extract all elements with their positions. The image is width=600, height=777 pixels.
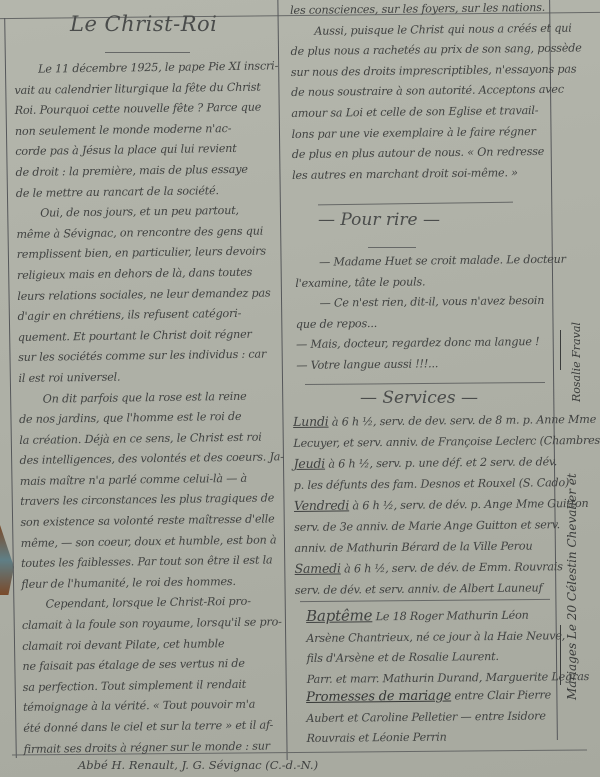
text-line: firmait ses droits à régner sur le monde… [23, 736, 291, 760]
margin-bracket-lower [560, 625, 561, 685]
joke-line: — Mais, docteur, regardez donc ma langue… [296, 332, 556, 356]
joke-line: — Ce n'est rien, dit-il, vous n'avez bes… [296, 291, 556, 315]
text-line: des intelligences, des volontés et des c… [19, 448, 287, 472]
service-day: Vendredi [294, 498, 349, 514]
margin-note-lower: Mariages Le 20 Célestin Chevalier et [565, 473, 579, 700]
service-continuation: p. les défunts des fam. Desnos et Rouxel… [294, 473, 556, 496]
title-underline [105, 52, 190, 53]
text-line: amour sa Loi et celle de son Eglise et t… [291, 101, 556, 125]
bapteme-first-line: Baptême Le 18 Roger Mathurin Léon [306, 603, 556, 628]
promesses-line: Rouvrais et Léonie Perrin [306, 727, 556, 750]
text-line: de plus en plus autour de nous. « On red… [292, 142, 557, 166]
promesses-line: Aubert et Caroline Pelletier — entre Isi… [306, 706, 556, 729]
text-line: leurs relations sociales, ne leur demand… [17, 283, 285, 307]
margin-bracket-upper [560, 330, 561, 370]
right-column-intro: les consciences, sur les foyers, sur les… [290, 0, 557, 186]
service-entry: Vendredi à 6 h ½, serv. de dév. p. Ange … [294, 494, 556, 518]
service-text: à 6 h ½, serv. de dév. de Emm. Rouvrais [341, 560, 563, 575]
pour-rire-text: — Madame Huet se croit malade. Le docteu… [295, 250, 556, 377]
joke-line: — Votre langue aussi !!!... [296, 353, 556, 377]
pour-rire-title: — Pour rire — [318, 210, 440, 230]
bapteme-label: Baptême [306, 606, 372, 625]
services-title: — Services — [360, 388, 478, 408]
bapteme-line: fils d'Arsène et de Rosalie Laurent. [306, 647, 556, 670]
text-line: sur les sociétés comme sur les individus… [18, 345, 286, 369]
text-line: On dit parfois que la rose est la reine [19, 386, 287, 410]
service-text: à 6 h ½, serv. de dév. p. Ange Mme Guitt… [349, 497, 589, 513]
promesses-text: entre Clair Pierre [451, 688, 551, 702]
text-line: les autres en marchant droit soi-même. » [292, 163, 557, 187]
promesses-section: Promesses de mariage entre Clair PierreA… [306, 685, 557, 749]
signature: Abbé H. Renault, J. G. Sévignac (C.-d.-N… [78, 758, 318, 772]
document-page: Le Christ-Roi Le 11 décembre 1925, le pa… [0, 0, 600, 777]
service-day: Lundi [293, 414, 329, 429]
service-text: à 6 h ½, serv. de dev. serv. de 8 m. p. … [328, 413, 596, 429]
article-title: Le Christ-Roi [70, 12, 217, 36]
margin-note-upper: Rosalie Fraval [570, 322, 583, 402]
text-line: toutes les faiblesses. Par tout son être… [21, 550, 289, 574]
text-line: clamait à la foule son royaume, lorsqu'i… [22, 612, 290, 636]
joke-line: — Madame Huet se croit malade. Le docteu… [295, 250, 555, 274]
section-divider-2 [305, 382, 545, 385]
service-entry: Lundi à 6 h ½, serv. de dev. serv. de 8 … [293, 409, 555, 433]
service-continuation: serv. de dév. et serv. anniv. de Albert … [295, 578, 557, 601]
services-list: Lundi à 6 h ½, serv. de dev. serv. de 8 … [293, 409, 557, 601]
service-day: Samedi [295, 561, 341, 576]
bapteme-text: Le 18 Roger Mathurin Léon [372, 609, 528, 624]
service-continuation: anniv. de Mathurin Bérard de la Ville Pe… [294, 536, 556, 559]
service-entry: Jeudi à 6 h ½, serv. p. une déf. et 2 se… [293, 451, 555, 475]
section-divider-1 [318, 202, 513, 206]
service-continuation: serv. de 3e anniv. de Marie Ange Guitton… [294, 515, 556, 538]
text-line: de droit : la première, mais de plus ess… [15, 159, 283, 183]
left-column-text: Le 11 décembre 1925, le pape Pie XI insc… [14, 56, 292, 760]
pour-rire-underline [368, 247, 416, 248]
service-text: à 6 h ½, serv. p. une déf. et 2 serv. de… [325, 455, 557, 470]
service-entry: Samedi à 6 h ½, serv. de dév. de Emm. Ro… [295, 556, 557, 580]
bapteme-line: Arsène Chantrieux, né ce jour à la Haie … [306, 626, 556, 649]
service-continuation: Lecuyer, et serv. anniv. de Françoise Le… [293, 431, 555, 454]
text-line: de plus nous a rachetés au prix de son s… [291, 39, 556, 63]
promesses-first-line: Promesses de mariage entre Clair Pierre [306, 685, 556, 708]
bapteme-section: Baptême Le 18 Roger Mathurin LéonArsène … [306, 603, 557, 690]
text-line: Roi. Pourquoi cette nouvelle fête ? Parc… [15, 97, 283, 121]
promesses-label: Promesses de mariage [306, 688, 451, 705]
service-day: Jeudi [293, 456, 325, 471]
